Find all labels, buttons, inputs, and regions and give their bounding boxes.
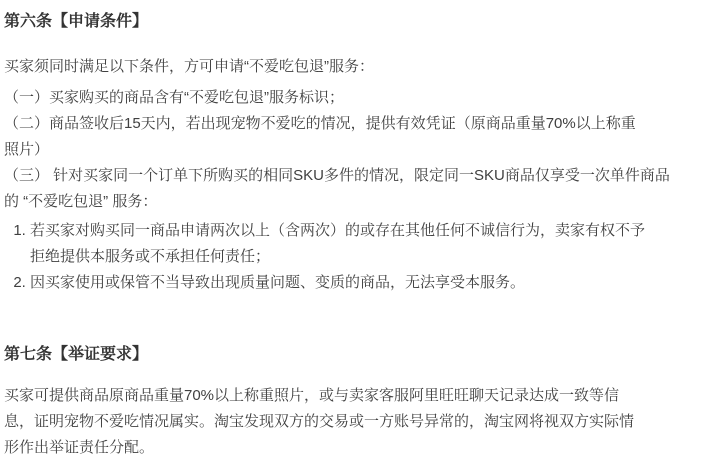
condition-item-3: （三） 针对买家同一个订单下所购买的相同SKU多件的情况，限定同一SKU商品仅享… <box>4 163 695 215</box>
notes-list: 若买家对购买同一商品申请两次以上（含两次）的或存在其他任何不诚信行为，卖家有权不… <box>4 218 695 296</box>
condition-item-1: （一）买家购买的商品含有“不爱吃包退”服务标识； <box>4 85 695 111</box>
section-7-heading: 第七条【举证要求】 <box>4 342 695 368</box>
note-item-1: 若买家对购买同一商品申请两次以上（含两次）的或存在其他任何不诚信行为，卖家有权不… <box>30 218 695 270</box>
section-6-intro: 买家须同时满足以下条件，方可申请“不爱吃包退”服务： <box>4 54 695 80</box>
note-item-2: 因买家使用或保管不当导致出现质量问题、变质的商品，无法享受本服务。 <box>30 270 695 296</box>
section-7-body: 买家可提供商品原商品重量70%以上称重照片，或与卖家客服阿里旺旺聊天记录达成一致… <box>4 383 695 461</box>
condition-item-2: （二）商品签收后15天内，若出现宠物不爱吃的情况，提供有效凭证（原商品重量70%… <box>4 111 695 163</box>
terms-document: 第六条【申请条件】 买家须同时满足以下条件，方可申请“不爱吃包退”服务： （一）… <box>0 0 701 461</box>
section-6-heading: 第六条【申请条件】 <box>4 9 695 35</box>
